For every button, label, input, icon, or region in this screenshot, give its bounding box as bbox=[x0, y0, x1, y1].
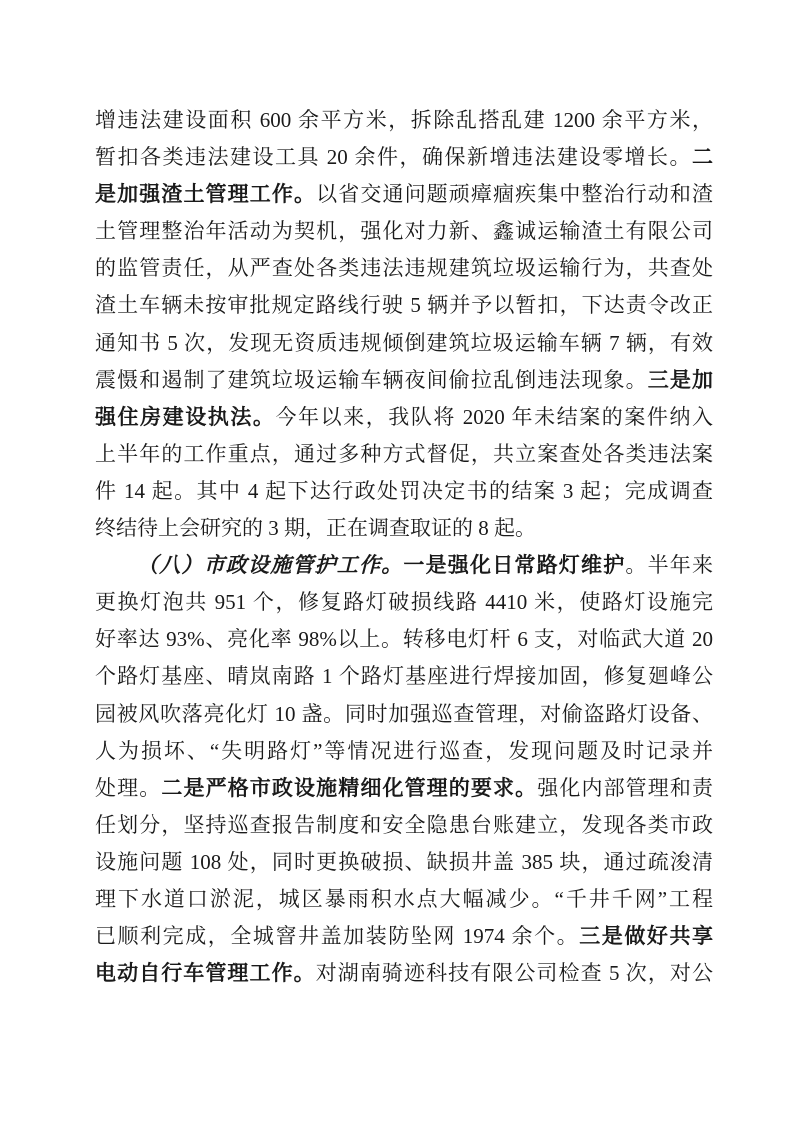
text-line: 电动自行车管理工作。对湖南骑迹科技有限公司检查 5 次，对公 bbox=[95, 955, 713, 992]
text-line: 通知书 5 次，发现无资质违规倾倒建筑垃圾运输车辆 7 辆，有效 bbox=[95, 325, 713, 362]
text-segment: 上半年的工作重点，通过多种方式督促，共立案查处各类违法案 bbox=[95, 442, 713, 466]
emphasis-segment: （八）市政设施管护工作。 bbox=[137, 553, 403, 577]
text-segment: 设施问题 108 处，同时更换破损、缺损井盖 385 块，通过疏浚清 bbox=[95, 850, 713, 874]
text-line: 上半年的工作重点，通过多种方式督促，共立案查处各类违法案 bbox=[95, 436, 713, 473]
text-line: （八）市政设施管护工作。一是强化日常路灯维护。半年来 bbox=[95, 547, 713, 584]
text-line: 人为损坏、“失明路灯”等情况进行巡查，发现问题及时记录并 bbox=[95, 733, 713, 770]
text-block: 增违法建设面积 600 余平方米，拆除乱搭乱建 1200 余平方米，暂扣各类违法… bbox=[95, 102, 713, 992]
emphasis-segment: 二是严格市政设施精细化管理的要求。 bbox=[161, 776, 537, 800]
text-line: 终结待上会研究的 3 期，正在调查取证的 8 起。 bbox=[95, 510, 713, 547]
text-line: 设施问题 108 处，同时更换破损、缺损井盖 385 块，通过疏浚清 bbox=[95, 844, 713, 881]
text-segment: 强化内部管理和责 bbox=[537, 776, 713, 800]
text-line: 好率达 93%、亮化率 98%以上。转移电灯杆 6 支，对临武大道 20 bbox=[95, 621, 713, 658]
text-segment: 通知书 5 次，发现无资质违规倾倒建筑垃圾运输车辆 7 辆，有效 bbox=[95, 331, 713, 355]
text-segment: 处理。 bbox=[95, 776, 161, 800]
text-segment: 终结待上会研究的 3 期，正在调查取证的 8 起。 bbox=[95, 516, 536, 540]
text-line: 的监管责任，从严查处各类违法违规建筑垃圾运输行为，共查处 bbox=[95, 250, 713, 287]
text-segment: 理下水道口淤泥，城区暴雨积水点大幅减少。“千井千网”工程 bbox=[95, 887, 713, 911]
text-segment: 震慑和遏制了建筑垃圾运输车辆夜间偷拉乱倒违法现象。 bbox=[95, 368, 648, 392]
emphasis-segment: 二 bbox=[692, 145, 713, 169]
text-segment: 的监管责任，从严查处各类违法违规建筑垃圾运输行为，共查处 bbox=[95, 256, 713, 280]
text-segment: 已顺利完成，全城窨井盖加装防坠网 1974 余个。 bbox=[95, 924, 579, 948]
emphasis-segment: 电动自行车管理工作。 bbox=[95, 961, 316, 985]
text-segment: 任划分，坚持巡查报告制度和安全隐患台账建立，发现各类市政 bbox=[95, 813, 713, 837]
text-line: 园被风吹落亮化灯 10 盏。同时加强巡查管理，对偷盗路灯设备、 bbox=[95, 696, 713, 733]
text-line: 暂扣各类违法建设工具 20 余件，确保新增违法建设零增长。二 bbox=[95, 139, 713, 176]
emphasis-segment: 是加强渣土管理工作。 bbox=[95, 182, 316, 206]
text-segment: 更换灯泡共 951 个，修复路灯破损线路 4410 米，使路灯设施完 bbox=[95, 590, 713, 614]
text-segment: 。半年来 bbox=[625, 553, 713, 577]
text-segment: 件 14 起。其中 4 起下达行政处罚决定书的结案 3 起；完成调查 bbox=[95, 479, 713, 503]
emphasis-segment: 三是做好共享 bbox=[579, 924, 713, 948]
text-line: 增违法建设面积 600 余平方米，拆除乱搭乱建 1200 余平方米， bbox=[95, 102, 713, 139]
text-segment: 以省交通问题顽瘴痼疾集中整治行动和渣 bbox=[316, 182, 713, 206]
text-line: 土管理整治年活动为契机，强化对力新、鑫诚运输渣土有限公司 bbox=[95, 213, 713, 250]
emphasis-segment: 强住房建设执法。 bbox=[95, 405, 275, 429]
text-line: 处理。二是严格市政设施精细化管理的要求。强化内部管理和责 bbox=[95, 770, 713, 807]
text-segment: 人为损坏、“失明路灯”等情况进行巡查，发现问题及时记录并 bbox=[95, 739, 713, 763]
text-segment: 渣土车辆未按审批规定路线行驶 5 辆并予以暂扣，下达责令改正 bbox=[95, 293, 713, 317]
text-segment: 土管理整治年活动为契机，强化对力新、鑫诚运输渣土有限公司 bbox=[95, 219, 713, 243]
text-line: 件 14 起。其中 4 起下达行政处罚决定书的结案 3 起；完成调查 bbox=[95, 473, 713, 510]
text-line: 已顺利完成，全城窨井盖加装防坠网 1974 余个。三是做好共享 bbox=[95, 918, 713, 955]
text-segment: 对湖南骑迹科技有限公司检查 5 次，对公 bbox=[316, 961, 713, 985]
text-segment: 园被风吹落亮化灯 10 盏。同时加强巡查管理，对偷盗路灯设备、 bbox=[95, 702, 713, 726]
text-line: 震慑和遏制了建筑垃圾运输车辆夜间偷拉乱倒违法现象。三是加 bbox=[95, 362, 713, 399]
emphasis-segment: 一是强化日常路灯维护 bbox=[403, 553, 625, 577]
text-line: 强住房建设执法。今年以来，我队将 2020 年未结案的案件纳入 bbox=[95, 399, 713, 436]
text-segment: 个路灯基座、晴岚南路 1 个路灯基座进行焊接加固，修复廻峰公 bbox=[95, 664, 713, 688]
text-segment: 好率达 93%、亮化率 98%以上。转移电灯杆 6 支，对临武大道 20 bbox=[95, 627, 713, 651]
text-line: 理下水道口淤泥，城区暴雨积水点大幅减少。“千井千网”工程 bbox=[95, 881, 713, 918]
text-line: 渣土车辆未按审批规定路线行驶 5 辆并予以暂扣，下达责令改正 bbox=[95, 287, 713, 324]
text-line: 更换灯泡共 951 个，修复路灯破损线路 4410 米，使路灯设施完 bbox=[95, 584, 713, 621]
text-line: 任划分，坚持巡查报告制度和安全隐患台账建立，发现各类市政 bbox=[95, 807, 713, 844]
document-page: 增违法建设面积 600 余平方米，拆除乱搭乱建 1200 余平方米，暂扣各类违法… bbox=[0, 0, 793, 1122]
text-segment: 增违法建设面积 600 余平方米，拆除乱搭乱建 1200 余平方米， bbox=[95, 108, 713, 132]
text-segment: 暂扣各类违法建设工具 20 余件，确保新增违法建设零增长。 bbox=[95, 145, 692, 169]
text-line: 个路灯基座、晴岚南路 1 个路灯基座进行焊接加固，修复廻峰公 bbox=[95, 658, 713, 695]
text-line: 是加强渣土管理工作。以省交通问题顽瘴痼疾集中整治行动和渣 bbox=[95, 176, 713, 213]
text-segment: 今年以来，我队将 2020 年未结案的案件纳入 bbox=[275, 405, 713, 429]
emphasis-segment: 三是加 bbox=[648, 368, 713, 392]
